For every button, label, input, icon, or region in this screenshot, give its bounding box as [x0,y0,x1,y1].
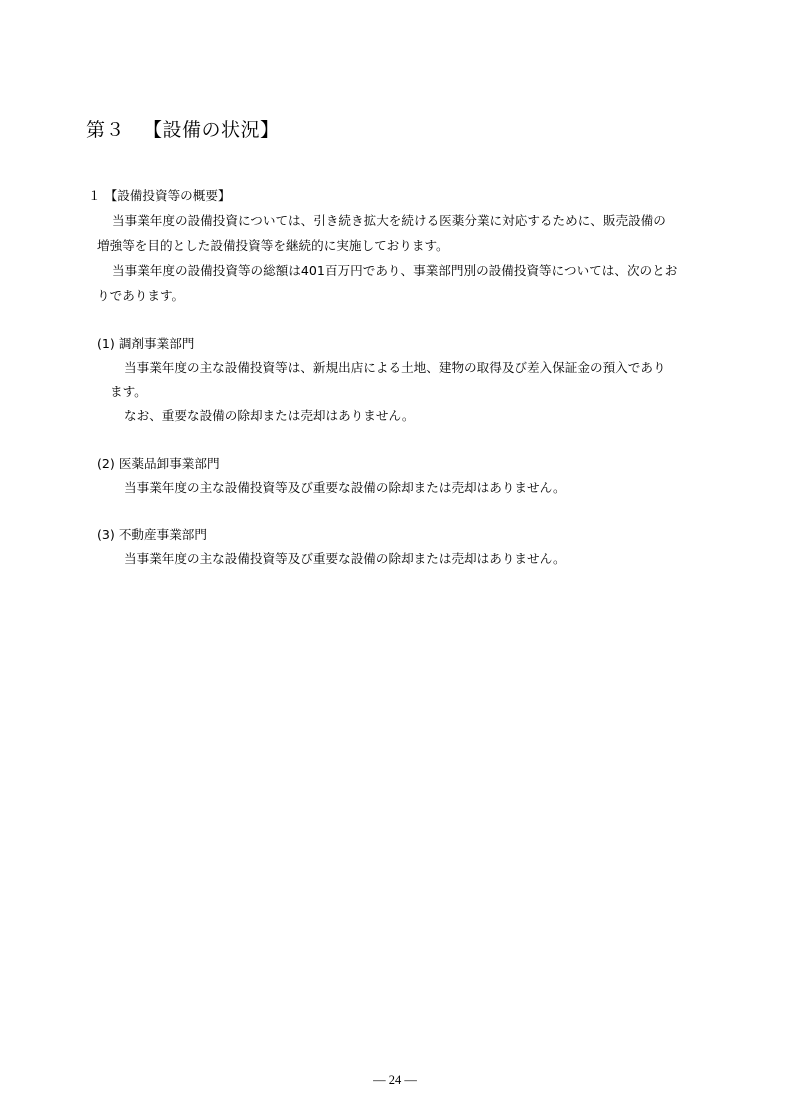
paragraph-line: 増強等を目的とした設備投資等を継続的に実施しております。 [97,238,449,254]
page-title: 第３【設備の状況】 [86,115,280,142]
division-text-line: 当事業年度の主な設備投資等及び重要な設備の除却または売却はありません。 [124,480,566,496]
division-text-line: 当事業年度の主な設備投資等及び重要な設備の除却または売却はありません。 [124,551,566,567]
division-heading-dispensing: (1) 調剤事業部門 [97,336,194,352]
page-number: ― 24 ― [0,1073,790,1088]
chapter-title: 【設備の状況】 [143,119,280,141]
division-text-line: 当事業年度の主な設備投資等は、新規出店による土地、建物の取得及び差入保証金の預入… [124,360,666,376]
division-text-line: ます。 [110,384,147,400]
division-heading-real-estate: (3) 不動産事業部門 [97,527,207,543]
section-heading: １ 【設備投資等の概要】 [88,188,231,204]
division-text-line: なお、重要な設備の除却または売却はありません。 [124,408,414,424]
paragraph-line: 当事業年度の設備投資については、引き続き拡大を続ける医薬分業に対応するために、販… [112,213,666,229]
paragraph-line: りであります。 [97,288,184,304]
paragraph-line: 当事業年度の設備投資等の総額は401百万円であり、事業部門別の設備投資等について… [112,263,677,279]
division-heading-wholesale: (2) 医薬品卸事業部門 [97,456,220,472]
chapter-number: 第３ [86,119,125,141]
